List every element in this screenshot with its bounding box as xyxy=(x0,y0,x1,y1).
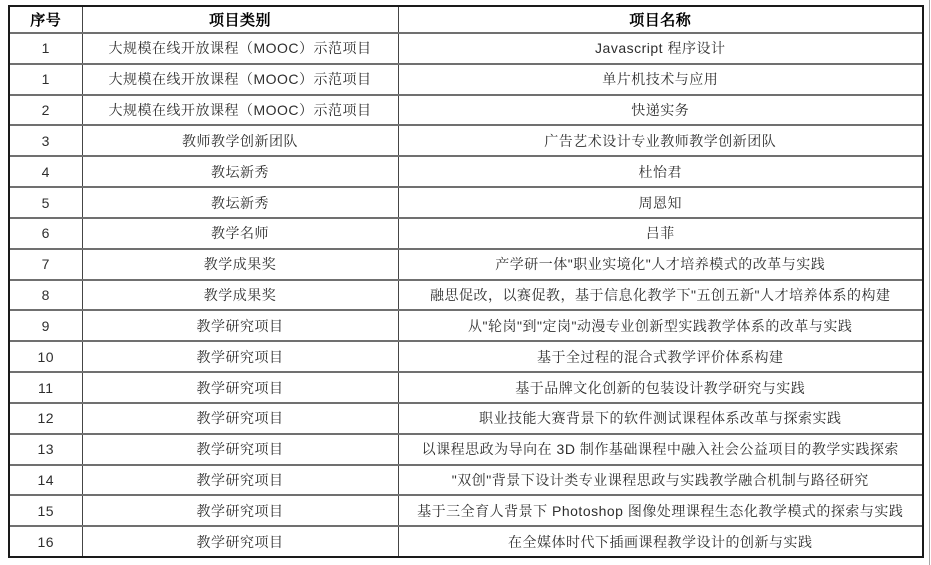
cell-category: 大规模在线开放课程（MOOC）示范项目 xyxy=(82,95,398,126)
table-row: 11教学研究项目基于品牌文化创新的包装设计教学研究与实践 xyxy=(10,372,922,403)
cell-name: 基于三全育人背景下 Photoshop 图像处理课程生态化教学模式的探索与实践 xyxy=(398,495,922,526)
cell-name: Javascript 程序设计 xyxy=(398,33,922,64)
cell-index: 1 xyxy=(10,33,82,64)
header-row: 序号 项目类别 项目名称 xyxy=(10,7,922,33)
cell-index: 14 xyxy=(10,465,82,496)
cell-index: 15 xyxy=(10,495,82,526)
projects-table-frame: 序号 项目类别 项目名称 1大规模在线开放课程（MOOC）示范项目Javascr… xyxy=(8,5,924,558)
cell-category: 教学研究项目 xyxy=(82,341,398,372)
cell-name: 吕菲 xyxy=(398,218,922,249)
table-row: 12教学研究项目职业技能大赛背景下的软件测试课程体系改革与探索实践 xyxy=(10,403,922,434)
cell-name: 基于全过程的混合式教学评价体系构建 xyxy=(398,341,922,372)
cell-index: 12 xyxy=(10,403,82,434)
cell-category: 教学研究项目 xyxy=(82,372,398,403)
cell-category: 大规模在线开放课程（MOOC）示范项目 xyxy=(82,64,398,95)
cell-index: 6 xyxy=(10,218,82,249)
cell-category: 教学研究项目 xyxy=(82,310,398,341)
cell-category: 教坛新秀 xyxy=(82,156,398,187)
cell-index: 8 xyxy=(10,280,82,311)
table-row: 13教学研究项目以课程思政为导向在 3D 制作基础课程中融入社会公益项目的教学实… xyxy=(10,434,922,465)
cell-category: 教师教学创新团队 xyxy=(82,125,398,156)
table-row: 14教学研究项目"双创"背景下设计类专业课程思政与实践教学融合机制与路径研究 xyxy=(10,465,922,496)
cell-category: 教学研究项目 xyxy=(82,434,398,465)
cell-index: 10 xyxy=(10,341,82,372)
table-row: 7教学成果奖产学研一体"职业实境化"人才培养模式的改革与实践 xyxy=(10,249,922,280)
col-header-category: 项目类别 xyxy=(82,7,398,33)
cell-index: 4 xyxy=(10,156,82,187)
cell-index: 13 xyxy=(10,434,82,465)
table-row: 6教学名师吕菲 xyxy=(10,218,922,249)
table-row: 5教坛新秀周恩知 xyxy=(10,187,922,218)
table-body: 1大规模在线开放课程（MOOC）示范项目Javascript 程序设计1大规模在… xyxy=(10,33,922,556)
cell-name: 在全媒体时代下插画课程教学设计的创新与实践 xyxy=(398,526,922,556)
cell-name: 周恩知 xyxy=(398,187,922,218)
table-row: 1大规模在线开放课程（MOOC）示范项目单片机技术与应用 xyxy=(10,64,922,95)
cell-category: 教学研究项目 xyxy=(82,465,398,496)
table-row: 4教坛新秀杜怡君 xyxy=(10,156,922,187)
table-row: 9教学研究项目从"轮岗"到"定岗"动漫专业创新型实践教学体系的改革与实践 xyxy=(10,310,922,341)
document-page: 序号 项目类别 项目名称 1大规模在线开放课程（MOOC）示范项目Javascr… xyxy=(0,0,931,565)
cell-index: 9 xyxy=(10,310,82,341)
cell-name: 广告艺术设计专业教师教学创新团队 xyxy=(398,125,922,156)
table-row: 8教学成果奖融思促改，以赛促教，基于信息化教学下"五创五新"人才培养体系的构建 xyxy=(10,280,922,311)
cell-name: 杜怡君 xyxy=(398,156,922,187)
table-row: 10教学研究项目基于全过程的混合式教学评价体系构建 xyxy=(10,341,922,372)
col-header-name: 项目名称 xyxy=(398,7,922,33)
cell-name: 快递实务 xyxy=(398,95,922,126)
cell-category: 教学研究项目 xyxy=(82,403,398,434)
projects-table: 序号 项目类别 项目名称 1大规模在线开放课程（MOOC）示范项目Javascr… xyxy=(10,7,922,556)
cell-name: "双创"背景下设计类专业课程思政与实践教学融合机制与路径研究 xyxy=(398,465,922,496)
table-row: 2大规模在线开放课程（MOOC）示范项目快递实务 xyxy=(10,95,922,126)
cell-index: 3 xyxy=(10,125,82,156)
cell-category: 教坛新秀 xyxy=(82,187,398,218)
cell-name: 产学研一体"职业实境化"人才培养模式的改革与实践 xyxy=(398,249,922,280)
cell-category: 大规模在线开放课程（MOOC）示范项目 xyxy=(82,33,398,64)
cell-category: 教学成果奖 xyxy=(82,249,398,280)
cell-category: 教学成果奖 xyxy=(82,280,398,311)
table-row: 15教学研究项目基于三全育人背景下 Photoshop 图像处理课程生态化教学模… xyxy=(10,495,922,526)
cell-name: 单片机技术与应用 xyxy=(398,64,922,95)
scan-edge-line xyxy=(929,0,930,565)
cell-name: 融思促改，以赛促教，基于信息化教学下"五创五新"人才培养体系的构建 xyxy=(398,280,922,311)
cell-category: 教学研究项目 xyxy=(82,526,398,556)
cell-name: 职业技能大赛背景下的软件测试课程体系改革与探索实践 xyxy=(398,403,922,434)
cell-index: 7 xyxy=(10,249,82,280)
col-header-index: 序号 xyxy=(10,7,82,33)
table-row: 3教师教学创新团队广告艺术设计专业教师教学创新团队 xyxy=(10,125,922,156)
cell-index: 16 xyxy=(10,526,82,556)
cell-index: 1 xyxy=(10,64,82,95)
table-row: 1大规模在线开放课程（MOOC）示范项目Javascript 程序设计 xyxy=(10,33,922,64)
cell-index: 2 xyxy=(10,95,82,126)
table-row: 16教学研究项目在全媒体时代下插画课程教学设计的创新与实践 xyxy=(10,526,922,556)
cell-index: 5 xyxy=(10,187,82,218)
cell-category: 教学研究项目 xyxy=(82,495,398,526)
cell-name: 基于品牌文化创新的包装设计教学研究与实践 xyxy=(398,372,922,403)
cell-name: 从"轮岗"到"定岗"动漫专业创新型实践教学体系的改革与实践 xyxy=(398,310,922,341)
cell-category: 教学名师 xyxy=(82,218,398,249)
cell-index: 11 xyxy=(10,372,82,403)
cell-name: 以课程思政为导向在 3D 制作基础课程中融入社会公益项目的教学实践探索 xyxy=(398,434,922,465)
